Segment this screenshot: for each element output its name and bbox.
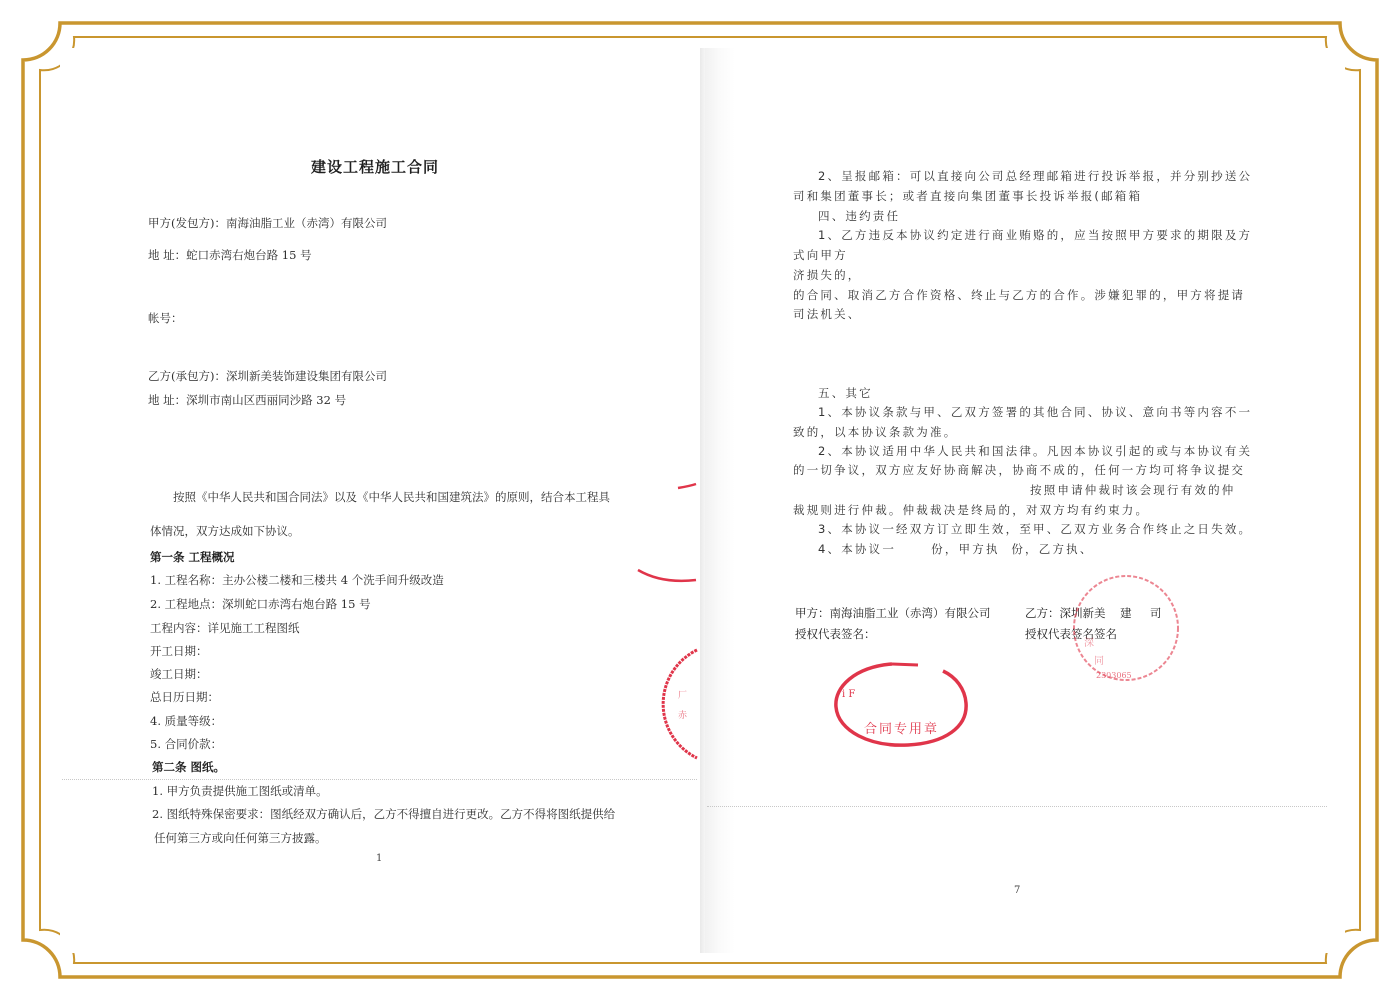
article-1-item: 开工日期：: [150, 644, 208, 658]
party-b-line: 乙方(承包方)：深圳新美装饰建设集团有限公司: [148, 369, 387, 383]
clause-line: 济损失的，: [793, 268, 862, 282]
signature-party-a-rep: 授权代表签名：: [795, 627, 876, 641]
svg-text:i F: i F: [842, 689, 855, 700]
article-2-heading: 第二条 图纸。: [152, 760, 225, 774]
intro-line-2: 体情况，双方达成如下协议。: [150, 524, 300, 538]
clause-line: 按照申请仲裁时该会现行有效的仲: [1030, 483, 1236, 497]
dotted-divider: [62, 779, 697, 780]
clause-line: 2、呈报邮箱：可以直接向公司总经理邮箱进行投诉举报，并分别抄送公: [818, 169, 1252, 183]
dotted-divider: [707, 806, 1327, 807]
partial-seal-stamp: 厂 赤: [600, 640, 700, 770]
contract-title: 建设工程施工合同: [311, 160, 439, 174]
party-b-address: 地 址：深圳市南山区西丽同沙路 32 号: [148, 393, 346, 407]
page-number: 7: [1014, 884, 1020, 898]
svg-text:2303065: 2303065: [1096, 671, 1132, 680]
article-1-heading: 第一条 工程概况: [150, 550, 235, 564]
svg-text:厂: 厂: [678, 690, 687, 701]
article-1-item: 2. 工程地点：深圳蛇口赤湾右炮台路 15 号: [150, 597, 371, 611]
clause-line: 司和集团董事长；或者直接向集团董事长投诉举报(邮箱箱: [793, 189, 1142, 203]
intro-line-1: 按照《中华人民共和国合同法》以及《中华人民共和国建筑法》的原则，结合本工程具: [173, 490, 610, 504]
account-label: 帐号：: [148, 311, 183, 325]
clause-line: 1、本协议条款与甲、乙双方签署的其他合同、协议、意向书等内容不一: [818, 405, 1252, 419]
section-5-heading: 五、其它: [818, 386, 873, 400]
party-a-seal-stamp: i F 合同专用章: [830, 655, 975, 755]
article-1-item: 1. 工程名称：主办公楼二楼和三楼共 4 个洗手间升级改造: [150, 573, 444, 587]
svg-text:合同专用章: 合同专用章: [864, 721, 939, 737]
article-1-item: 工程内容：详见施工工程图纸: [150, 621, 300, 635]
svg-text:深: 深: [1084, 637, 1094, 649]
clause-line: 的一切争议，双方应友好协商解决，协商不成的，任何一方均可将争议提交: [793, 463, 1245, 477]
article-1-item: 4. 质量等级：: [150, 714, 222, 728]
party-b-seal-stamp: 2303065 深 同: [1068, 568, 1188, 698]
article-1-item: 竣工日期：: [150, 667, 208, 681]
clause-line: 致的，以本协议条款为准。: [793, 425, 957, 439]
contract-page-7: [705, 48, 1345, 953]
svg-text:赤: 赤: [678, 709, 688, 721]
party-a-line: 甲方(发包方)：南海油脂工业（赤湾）有限公司: [148, 216, 387, 230]
page-number: 1: [376, 852, 382, 866]
clause-line: 2、本协议适用中华人民共和国法律。凡因本协议引起的或与本协议有关: [818, 444, 1252, 458]
article-2-item: 2. 图纸特殊保密要求：图纸经双方确认后，乙方不得擅自进行更改。乙方不得将图纸提…: [152, 807, 615, 821]
clause-line: 裁规则进行仲裁。仲裁裁决是终局的，对双方均有约束力。: [793, 503, 1149, 517]
clause-line: 司法机关、: [793, 307, 862, 321]
clause-line: 4、本协议一 份，甲方执 份，乙方执、: [818, 542, 1094, 556]
signature-party-a: 甲方：南海油脂工业（赤湾）有限公司: [795, 606, 991, 620]
partial-seal-stamp: [600, 470, 700, 600]
party-a-address: 地 址：蛇口赤湾右炮台路 15 号: [148, 248, 312, 262]
clause-line: 式向甲方: [793, 248, 848, 262]
article-2-item: 1. 甲方负责提供施工图纸或清单。: [152, 784, 328, 798]
article-1-item: 总日历日期：: [150, 690, 219, 704]
article-1-item: 5. 合同价款：: [150, 737, 222, 751]
article-2-item: 任何第三方或向任何第三方披露。: [154, 831, 327, 845]
section-4-heading: 四、违约责任: [818, 209, 900, 223]
clause-line: 的合同、取消乙方合作资格、终止与乙方的合作。涉嫌犯罪的，甲方将提请: [793, 288, 1245, 302]
svg-text:同: 同: [1094, 655, 1104, 667]
clause-line: 1、乙方违反本协议约定进行商业贿赂的，应当按照甲方要求的期限及方: [818, 228, 1252, 242]
clause-line: 3、本协议一经双方订立即生效，至甲、乙双方业务合作终止之日失效。: [818, 522, 1252, 536]
